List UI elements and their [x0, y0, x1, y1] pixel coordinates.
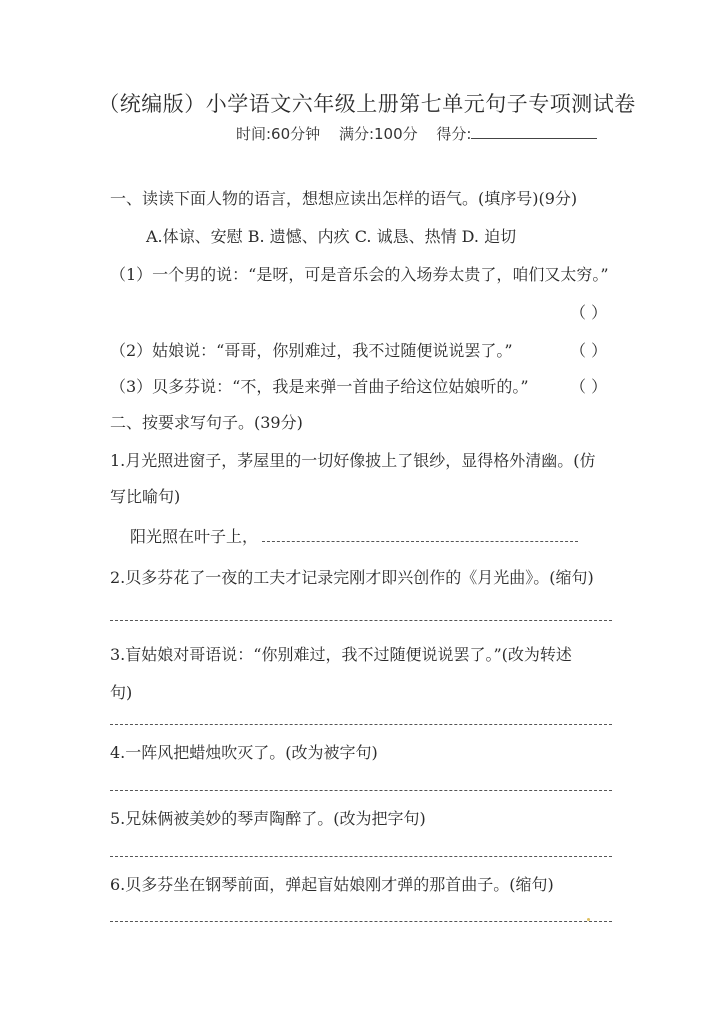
question-2-2: 2.贝多芬花了一夜的工夫才记录完刚才即兴创作的《月光曲》。(缩句) — [110, 565, 594, 588]
time-limit: 时间:60分钟 — [236, 125, 320, 143]
answer-paren-1[interactable]: （ ） — [570, 300, 607, 323]
question-2-6: 6.贝多芬坐在钢琴前面，弹起盲姑娘刚才弹的那首曲子。(缩句) — [110, 872, 554, 895]
question-1-2: （2）姑娘说：“哥哥，你别难过，我不过随便说说罢了。” — [110, 338, 513, 361]
section2-heading: 二、按要求写句子。(39分) — [110, 410, 303, 433]
answer-line-2-6[interactable] — [110, 921, 612, 922]
answer-line-2-1[interactable] — [262, 541, 578, 542]
question-1-3: （3）贝多芬说：“不，我是来弹一首曲子给这位姑娘听的。” — [110, 374, 529, 397]
page-title: （统编版）小学语文六年级上册第七单元句子专项测试卷 — [0, 88, 724, 118]
full-score: 满分:100分 — [339, 125, 418, 143]
score-label: 得分: — [436, 125, 471, 143]
question-2-1-prompt: 阳光照在叶子上， — [130, 524, 258, 547]
answer-paren-2[interactable]: （ ） — [570, 338, 607, 361]
answer-line-2-3[interactable] — [110, 724, 612, 725]
question-2-1-line1: 1.月光照进窗子，茅屋里的一切好像披上了银纱，显得格外清幽。(仿 — [110, 448, 596, 471]
answer-line-2-2[interactable] — [110, 620, 612, 621]
question-2-4: 4.一阵风把蜡烛吹灭了。(改为被字句) — [110, 740, 378, 763]
exam-meta: 时间:60分钟 满分:100分 得分: — [236, 123, 597, 144]
question-2-1-line2: 写比喻句) — [110, 484, 180, 507]
section1-heading: 一、读读下面人物的语言，想想应读出怎样的语气。(填序号)(9分) — [110, 186, 577, 209]
answer-line-2-5[interactable] — [110, 856, 612, 857]
tone-options: A.体谅、安慰 B. 遗憾、内疚 C. 诚恳、热情 D. 迫切 — [146, 224, 516, 247]
question-2-3-line2: 句) — [110, 680, 132, 703]
question-2-5: 5.兄妹俩被美妙的琴声陶醉了。(改为把字句) — [110, 806, 426, 829]
answer-line-2-4[interactable] — [110, 790, 612, 791]
answer-paren-3[interactable]: （ ） — [570, 374, 607, 397]
question-1-1: （1）一个男的说：“是呀，可是音乐会的入场券太贵了，咱们又太穷。” — [110, 262, 609, 285]
scan-artifact-dot — [587, 918, 590, 921]
question-2-3-line1: 3.盲姑娘对哥语说：“你别难过，我不过随便说说罢了。”(改为转述 — [110, 642, 572, 665]
score-blank[interactable] — [471, 124, 597, 139]
